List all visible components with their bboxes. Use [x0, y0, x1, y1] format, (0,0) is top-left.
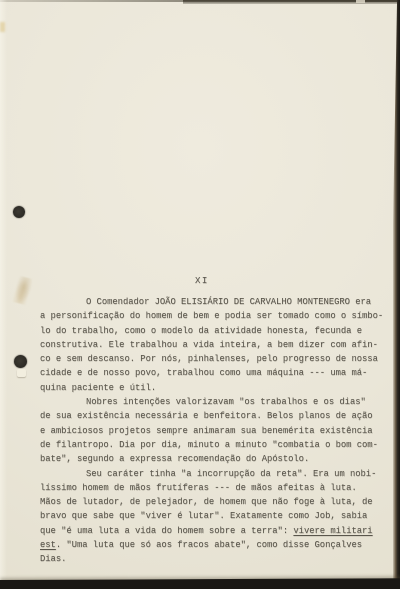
typed-line: bate", segundo a expressa recomendação d… [40, 452, 392, 466]
paper-chip [17, 369, 26, 377]
typed-text: O Comendador JOÃO ELISIÁRIO DE CARVALHO … [40, 295, 392, 567]
typed-segment: bate", segundo a expressa recomendação d… [40, 454, 309, 464]
typed-segment: construtiva. Ele trabalhou a vida inteir… [40, 340, 378, 350]
page-left-edge [0, 0, 7, 589]
typed-segment: cidade e de nosso povo, trabalhou como u… [40, 368, 367, 378]
typed-line: quina paciente e útil. [40, 381, 392, 395]
typed-segment: líssimo homem de mãos frutíferas --- de … [40, 483, 357, 493]
punch-hole-bottom [14, 355, 27, 368]
typed-line: líssimo homem de mãos frutíferas --- de … [40, 481, 392, 495]
typed-segment: quina paciente e útil. [40, 383, 156, 393]
section-heading: XI [195, 276, 209, 287]
typed-line: de filantropo. Dia por dia, minuto a min… [40, 438, 392, 452]
punch-hole-top [13, 206, 25, 218]
typed-line: est. "Uma luta que só aos fracos abate",… [40, 538, 392, 552]
typed-segment-underlined: est [40, 540, 56, 550]
typed-line: lo do trabalho, como o modelo da ativida… [40, 324, 392, 338]
paper-stain [0, 22, 5, 32]
typed-segment: e ambiciosos projetos sempre animaram su… [40, 426, 373, 436]
scanned-page: XI O Comendador JOÃO ELISIÁRIO DE CARVAL… [0, 0, 400, 589]
typed-line: co e sem descanso. Por nós, pinhalenses,… [40, 352, 392, 366]
typed-line: Seu caráter tinha "a incorrupção da reta… [40, 467, 392, 481]
typed-line: cidade e de nosso povo, trabalhou como u… [40, 366, 392, 380]
typed-segment: de filantropo. Dia por dia, minuto a min… [40, 440, 378, 450]
typed-line: Nobres intenções valorizavam "os trabalh… [40, 395, 392, 409]
typed-line: Mãos de lutador, de pelejador, de homem … [40, 495, 392, 509]
typed-segment: Nobres intenções valorizavam "os trabalh… [86, 397, 366, 407]
typed-line: bravo que sabe que "viver é lutar". Exat… [40, 509, 392, 523]
typed-segment: bravo que sabe que "viver é lutar". Exat… [40, 511, 367, 521]
typed-segment: O Comendador JOÃO ELISIÁRIO DE CARVALHO … [86, 297, 371, 307]
typed-segment: lo do trabalho, como o modelo da ativida… [40, 326, 362, 336]
typed-line: construtiva. Ele trabalhou a vida inteir… [40, 338, 392, 352]
typed-segment: que "é uma luta a vida do homem sobre a … [40, 526, 293, 536]
typed-segment: a personificação do homem de bem e podia… [40, 311, 383, 321]
page-top-notch [356, 0, 365, 3]
typed-segment: Seu caráter tinha "a incorrupção da reta… [86, 469, 376, 479]
scanner-bed-bottom [0, 578, 400, 589]
typed-line: e ambiciosos projetos sempre animaram su… [40, 424, 392, 438]
typed-line: a personificação do homem de bem e podia… [40, 309, 392, 323]
typed-segment-underlined: vivere militari [293, 526, 372, 536]
typed-line: que "é uma luta a vida do homem sobre a … [40, 524, 392, 538]
page-right-edge [393, 0, 400, 589]
typed-segment: . "Uma luta que só aos fracos abate", co… [56, 540, 362, 550]
typed-segment: Mãos de lutador, de pelejador, de homem … [40, 497, 373, 507]
typed-segment: co e sem descanso. Por nós, pinhalenses,… [40, 354, 378, 364]
typed-segment: Dias. [40, 554, 66, 564]
typed-line: de sua existência necessária e benfeitor… [40, 409, 392, 423]
typed-line: Dias. [40, 552, 392, 566]
ink-smudge [12, 275, 34, 305]
typed-segment: de sua existência necessária e benfeitor… [40, 411, 373, 421]
typed-line: O Comendador JOÃO ELISIÁRIO DE CARVALHO … [40, 295, 392, 309]
scanner-bed-top-strip [183, 0, 400, 4]
